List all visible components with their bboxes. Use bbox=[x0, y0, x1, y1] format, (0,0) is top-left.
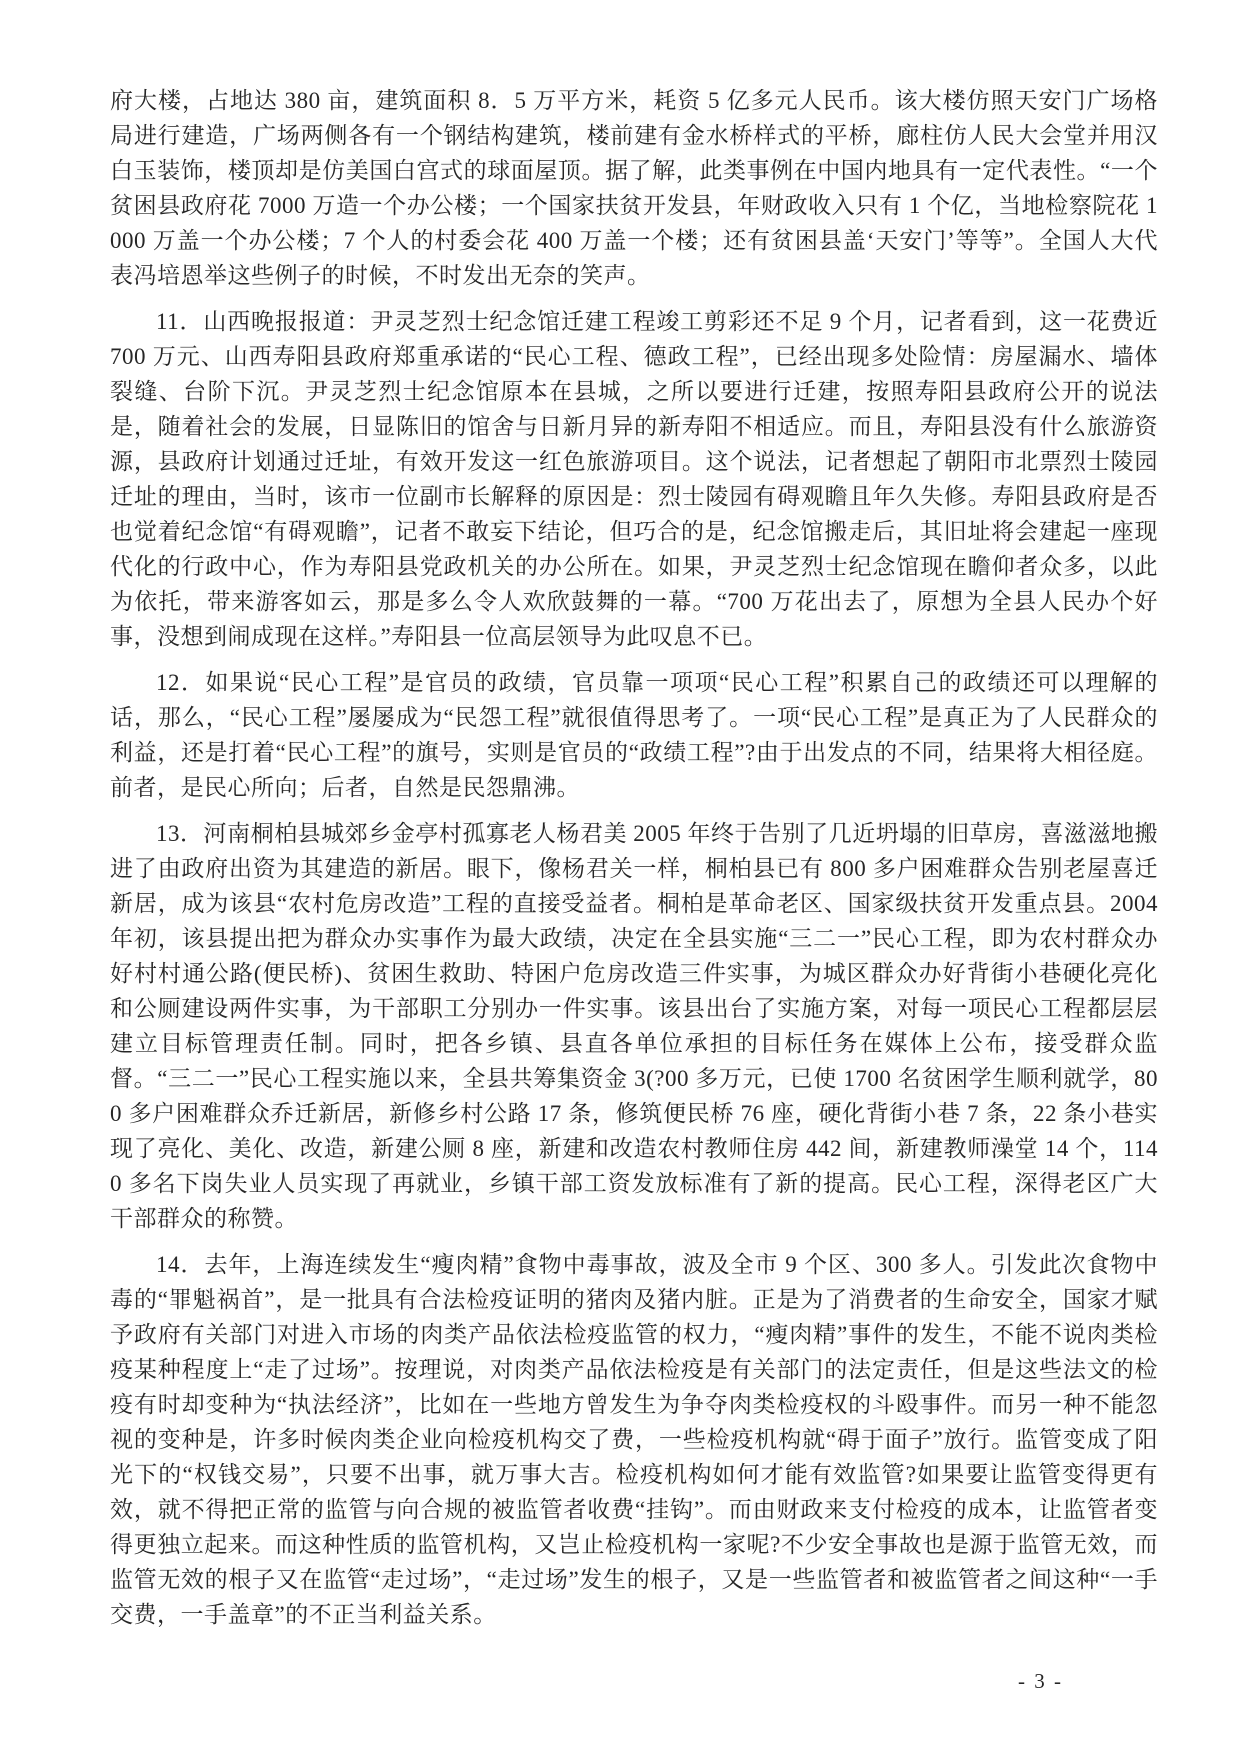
paragraph-item-12: 12．如果说“民心工程”是官员的政绩，官员靠一项项“民心工程”积累自己的政绩还可… bbox=[110, 665, 1158, 805]
paragraph-item-11: 11．山西晚报报道：尹灵芝烈士纪念馆迁建工程竣工剪彩还不足 9 个月，记者看到，… bbox=[110, 304, 1158, 654]
page-number: - 3 - bbox=[1018, 1668, 1063, 1694]
paragraph-item-14: 14．去年，上海连续发生“瘦肉精”食物中毒事故，波及全市 9 个区、300 多人… bbox=[110, 1247, 1158, 1632]
document-page: 府大楼，占地达 380 亩，建筑面积 8．5 万平方米，耗资 5 亿多元人民币。… bbox=[0, 0, 1241, 1754]
paragraph-item-13: 13．河南桐柏县城郊乡金亭村孤寡老人杨君美 2005 年终于告别了几近坍塌的旧草… bbox=[110, 816, 1158, 1236]
page-body-text: 府大楼，占地达 380 亩，建筑面积 8．5 万平方米，耗资 5 亿多元人民币。… bbox=[110, 83, 1158, 1632]
paragraph-continuation: 府大楼，占地达 380 亩，建筑面积 8．5 万平方米，耗资 5 亿多元人民币。… bbox=[110, 83, 1158, 293]
